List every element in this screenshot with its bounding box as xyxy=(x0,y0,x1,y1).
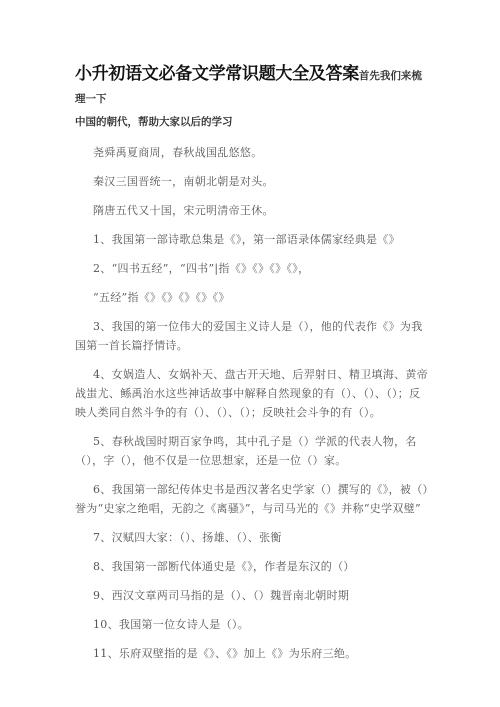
dynasty-verse-1: 尧舜禹夏商周，春秋战国乱悠悠。 xyxy=(75,143,430,162)
dynasty-verse-3: 隋唐五代又十国，宋元明清帝王休。 xyxy=(75,201,430,220)
question-5: 5、春秋战国时期百家争鸣，其中孔子是（）学派的代表人物，名（），字（），他不仅是… xyxy=(75,432,430,470)
question-2: 2、“四书五经”，“四书”|指《》《》《》《》， xyxy=(75,259,430,278)
question-9: 9、西汉文章两司马指的是（）、（）魏晋南北朝时期 xyxy=(75,586,430,605)
question-11: 11、乐府双壁指的是《》、《》加上《》为乐府三绝。 xyxy=(75,644,430,663)
question-10: 10、我国第一位女诗人是（）。 xyxy=(75,615,430,634)
question-8: 8、我国第一部断代体通史是《》，作者是东汉的（） xyxy=(75,557,430,576)
question-1: 1、我国第一部诗歌总集是《》，第一部语录体儒家经典是《》 xyxy=(75,230,430,249)
question-3: 3、我国的第一位伟大的爱国主义诗人是（），他的代表作《》为我国第一首长篇抒情诗。 xyxy=(75,317,430,355)
subtitle-line2: 中国的朝代，帮助大家以后的学习 xyxy=(75,116,233,128)
document-page: 小升初语文必备文学常识题大全及答案首先我们来梳理一下 中国的朝代，帮助大家以后的… xyxy=(75,64,430,673)
title-block: 小升初语文必备文学常识题大全及答案首先我们来梳理一下 中国的朝代，帮助大家以后的… xyxy=(75,64,430,133)
question-4: 4、女娲造人、女娲补天、盘古开天地、后羿射日、精卫填海、黄帝战蚩尤、鲧禹治水这些… xyxy=(75,365,430,422)
question-7: 7、汉赋四大家：（）、扬雄、（）、张衡 xyxy=(75,528,430,547)
question-2-cont: “五经”指《》《》《》《》《》 xyxy=(75,288,430,307)
dynasty-verse-2: 秦汉三国晋统一，南朝北朝是对头。 xyxy=(75,172,430,191)
document-title: 小升初语文必备文学常识题大全及答案 xyxy=(75,64,359,84)
question-6: 6、我国第一部纪传体史书是西汉著名史学家（）撰写的《》，被（）誉为“史家之绝唱，… xyxy=(75,480,430,518)
